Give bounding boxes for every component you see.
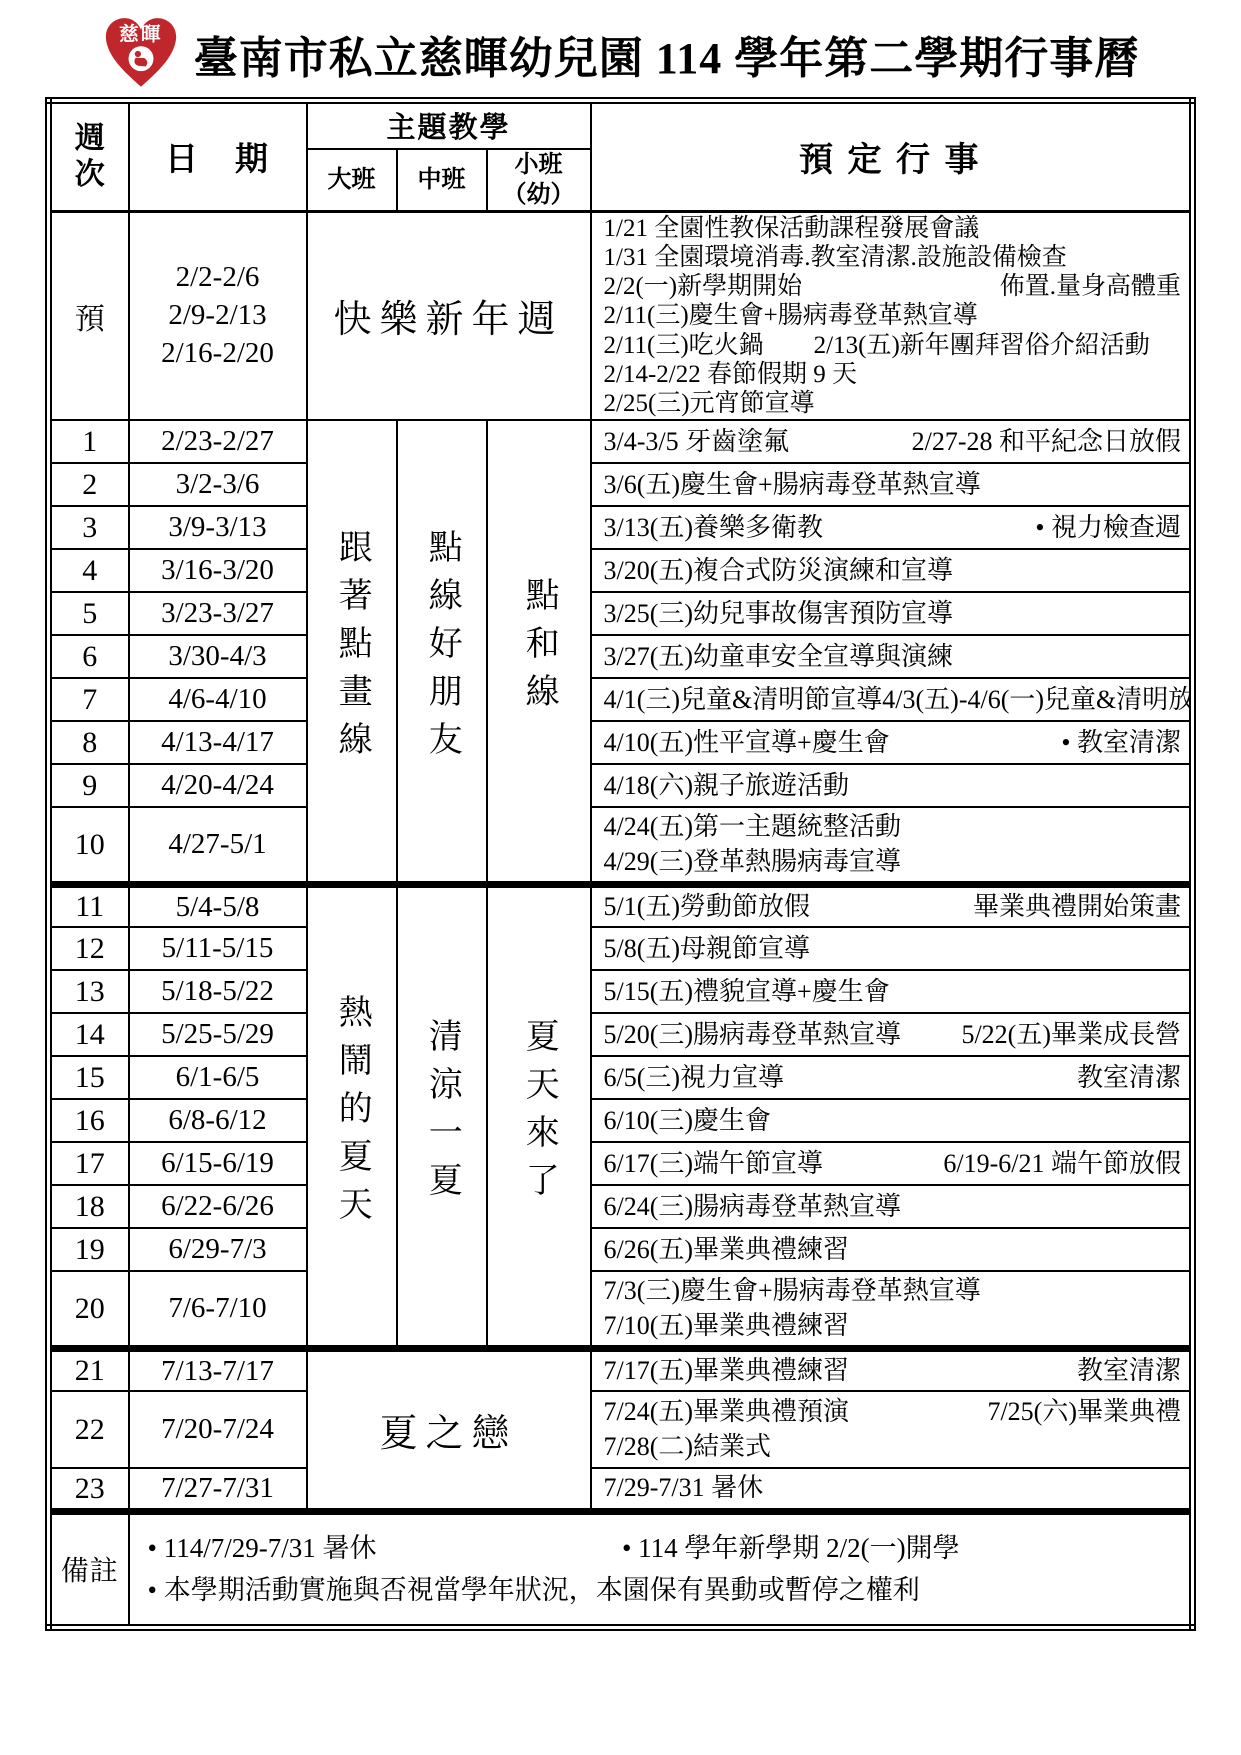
events-cell: 6/17(三)端午節宣導6/19-6/21 端午節放假 — [591, 1142, 1193, 1185]
table-row: 19 6/29-7/3 6/26(五)畢業典禮練習 — [49, 1228, 1193, 1271]
header-planned-events: 預 定 行 事 — [591, 101, 1193, 212]
event-text: 1/21 全園性教保活動課程發展會議 — [604, 214, 980, 243]
week-number: 20 — [49, 1271, 129, 1348]
week-number: 4 — [49, 549, 129, 592]
table-row: 22 7/20-7/24 7/24(五)畢業典禮預演7/25(六)畢業典禮 7/… — [49, 1391, 1193, 1468]
table-row: 13 5/18-5/22 5/15(五)禮貌宣導+慶生會 — [49, 970, 1193, 1013]
table-row: 20 7/6-7/10 7/3(三)慶生會+腸病毒登革熱宣導 7/10(五)畢業… — [49, 1271, 1193, 1348]
theme-summer-love: 夏之戀 — [307, 1348, 591, 1511]
events-cell: 3/20(五)複合式防災演練和宣導 — [591, 549, 1193, 592]
event-text: 7/28(二)結業式 — [604, 1430, 772, 1464]
events-cell: 4/1(三)兒童&清明節宣導4/3(五)-4/6(一)兒童&清明放假 — [591, 678, 1193, 721]
event-note: 畢業典禮開始策畫 — [973, 890, 1181, 924]
table-row: 5 3/23-3/27 3/25(三)幼兒事故傷害預防宣導 — [49, 592, 1193, 635]
remark-cell: • 114/7/29-7/31 暑休 • 114 學年新學期 2/2(一)開學 … — [129, 1511, 1193, 1627]
theme-mid-class: 點線好朋友 — [397, 420, 487, 884]
week-number: 7 — [49, 678, 129, 721]
event-text: 2/11(三)慶生會+腸病毒登革熱宣導 — [604, 301, 978, 330]
week-date: 6/29-7/3 — [129, 1228, 307, 1271]
table-row: 18 6/22-6/26 6/24(三)腸病毒登革熱宣導 — [49, 1185, 1193, 1228]
theme-small-class: 點和線 — [487, 420, 591, 884]
week-date: 4/27-5/1 — [129, 807, 307, 884]
event-text: 6/24(三)腸病毒登革熱宣導 — [604, 1190, 902, 1224]
header-week: 週次 — [49, 101, 129, 212]
event-text: 5/20(三)腸病毒登革熱宣導 — [604, 1018, 902, 1052]
week-date: 3/2-3/6 — [129, 463, 307, 506]
events-cell: 7/24(五)畢業典禮預演7/25(六)畢業典禮 7/28(二)結業式 — [591, 1391, 1193, 1468]
week-number: 10 — [49, 807, 129, 884]
event-text: 4/24(五)第一主題統整活動 — [604, 810, 902, 844]
table-row: 4 3/16-3/20 3/20(五)複合式防災演練和宣導 — [49, 549, 1193, 592]
header-class-big: 大班 — [307, 149, 397, 212]
header-theme-teaching: 主題教學 — [307, 101, 591, 149]
week-date: 2/2-2/6 2/9-2/13 2/16-2/20 — [129, 211, 307, 420]
events-cell: 7/3(三)慶生會+腸病毒登革熱宣導 7/10(五)畢業典禮練習 — [591, 1271, 1193, 1348]
table-row: 10 4/27-5/1 4/24(五)第一主題統整活動 4/29(三)登革熱腸病… — [49, 807, 1193, 884]
remark-row: 備註 • 114/7/29-7/31 暑休 • 114 學年新學期 2/2(一)… — [49, 1511, 1193, 1627]
week-date: 6/15-6/19 — [129, 1142, 307, 1185]
events-cell: 6/5(三)視力宣導教室清潔 — [591, 1056, 1193, 1099]
theme-new-year-week: 快樂新年週 — [307, 211, 591, 420]
table-row: 11 5/4-5/8 熱鬧的夏天 清涼一夏 夏天來了 5/1(五)勞動節放假畢業… — [49, 884, 1193, 927]
week-number: 預 — [49, 211, 129, 420]
week-date: 5/4-5/8 — [129, 884, 307, 927]
table-row: 6 3/30-4/3 3/27(五)幼童車安全宣導與演練 — [49, 635, 1193, 678]
event-note: 7/25(六)畢業典禮 — [987, 1395, 1181, 1429]
week-number: 5 — [49, 592, 129, 635]
events-cell: 5/20(三)腸病毒登革熱宣導5/22(五)畢業成長營 — [591, 1013, 1193, 1056]
week-number: 11 — [49, 884, 129, 927]
events-cell: 3/6(五)慶生會+腸病毒登革熱宣導 — [591, 463, 1193, 506]
week-number: 15 — [49, 1056, 129, 1099]
theme-big-class: 跟著點畫線 — [307, 420, 397, 884]
week-date: 7/13-7/17 — [129, 1348, 307, 1391]
week-number: 9 — [49, 764, 129, 807]
week-date: 3/16-3/20 — [129, 549, 307, 592]
remark-label: 備註 — [49, 1511, 129, 1627]
week-number: 17 — [49, 1142, 129, 1185]
event-text: 3/27(五)幼童車安全宣導與演練 — [604, 640, 954, 674]
table-row: 21 7/13-7/17 夏之戀 7/17(五)畢業典禮練習教室清潔 — [49, 1348, 1193, 1391]
events-cell: 3/27(五)幼童車安全宣導與演練 — [591, 635, 1193, 678]
event-text: 7/10(五)畢業典禮練習 — [604, 1309, 850, 1343]
event-text: 7/17(五)畢業典禮練習 — [604, 1354, 850, 1388]
events-cell: 1/21 全園性教保活動課程發展會議 1/31 全園環境消毒.教室清潔.設施設備… — [591, 211, 1193, 420]
events-cell: 6/26(五)畢業典禮練習 — [591, 1228, 1193, 1271]
week-number: 6 — [49, 635, 129, 678]
week-number: 12 — [49, 927, 129, 970]
week-date: 7/27-7/31 — [129, 1468, 307, 1511]
events-cell: 5/8(五)母親節宣導 — [591, 927, 1193, 970]
week-date: 6/22-6/26 — [129, 1185, 307, 1228]
logo-figure-head — [134, 51, 140, 57]
week-number: 2 — [49, 463, 129, 506]
event-note: 2/27-28 和平紀念日放假 — [912, 425, 1181, 459]
school-heart-logo-icon: 慈暉 — [102, 12, 180, 96]
event-text: 2/14-2/22 春節假期 9 天 — [604, 360, 857, 389]
remark-item: • 本學期活動實施與否視當學年狀況，本園保有異動或暫停之權利 — [148, 1570, 920, 1612]
week-date: 6/8-6/12 — [129, 1099, 307, 1142]
event-text: 7/29-7/31 暑休 — [604, 1471, 764, 1505]
table-row: 16 6/8-6/12 6/10(三)慶生會 — [49, 1099, 1193, 1142]
theme-small-class: 夏天來了 — [487, 884, 591, 1348]
event-text: 1/31 全園環境消毒.教室清潔.設施設備檢查 — [604, 243, 1067, 272]
event-text: 3/25(三)幼兒事故傷害預防宣導 — [604, 597, 954, 631]
event-note: 5/22(五)畢業成長營 — [961, 1018, 1181, 1052]
event-note: • 視力檢查週 — [1035, 511, 1181, 545]
date-line: 2/9-2/13 — [130, 297, 306, 335]
events-cell: 4/10(五)性平宣導+慶生會• 教室清潔 — [591, 721, 1193, 764]
week-date: 3/23-3/27 — [129, 592, 307, 635]
week-number: 19 — [49, 1228, 129, 1271]
theme-big-class: 熱鬧的夏天 — [307, 884, 397, 1348]
event-text: 2/2(一)新學期開始 — [604, 272, 803, 301]
week-number: 14 — [49, 1013, 129, 1056]
table-row: 12 5/11-5/15 5/8(五)母親節宣導 — [49, 927, 1193, 970]
week-date: 7/20-7/24 — [129, 1391, 307, 1468]
events-cell: 3/25(三)幼兒事故傷害預防宣導 — [591, 592, 1193, 635]
week-number: 21 — [49, 1348, 129, 1391]
event-text: 2/11(三)吃火鍋 2/13(五)新年團拜習俗介紹活動 — [604, 331, 1150, 360]
page-title: 臺南市私立慈暉幼兒園 114 學年第二學期行事曆 — [194, 22, 1140, 86]
date-line: 2/16-2/20 — [130, 335, 306, 373]
events-cell: 4/18(六)親子旅遊活動 — [591, 764, 1193, 807]
header-row-1: 週次 日 期 主題教學 預 定 行 事 — [49, 101, 1193, 149]
table-row: 3 3/9-3/13 3/13(五)養樂多衛教• 視力檢查週 — [49, 506, 1193, 549]
table-row: 8 4/13-4/17 4/10(五)性平宣導+慶生會• 教室清潔 — [49, 721, 1193, 764]
event-note: 4/3(五)-4/6(一)兒童&清明放假 — [882, 683, 1192, 717]
event-text: 4/10(五)性平宣導+慶生會 — [604, 726, 890, 760]
event-text: 3/6(五)慶生會+腸病毒登革熱宣導 — [604, 468, 981, 502]
event-text: 2/25(三)元宵節宣導 — [604, 389, 815, 418]
events-cell: 4/24(五)第一主題統整活動 4/29(三)登革熱腸病毒宣導 — [591, 807, 1193, 884]
header-date: 日 期 — [129, 101, 307, 212]
event-text: 3/13(五)養樂多衛教 — [604, 511, 824, 545]
event-text: 5/15(五)禮貌宣導+慶生會 — [604, 975, 890, 1009]
event-text: 5/8(五)母親節宣導 — [604, 932, 811, 966]
event-text: 6/26(五)畢業典禮練習 — [604, 1233, 850, 1267]
week-number: 3 — [49, 506, 129, 549]
events-cell: 7/29-7/31 暑休 — [591, 1468, 1193, 1511]
week-number: 18 — [49, 1185, 129, 1228]
week-date: 5/18-5/22 — [129, 970, 307, 1013]
week-date: 3/30-4/3 — [129, 635, 307, 678]
table-row-pre: 預 2/2-2/6 2/9-2/13 2/16-2/20 快樂新年週 1/21 … — [49, 211, 1193, 420]
theme-mid-class: 清涼一夏 — [397, 884, 487, 1348]
events-cell: 3/13(五)養樂多衛教• 視力檢查週 — [591, 506, 1193, 549]
event-text: 6/5(三)視力宣導 — [604, 1061, 785, 1095]
event-note: • 教室清潔 — [1061, 726, 1181, 760]
event-text: 6/10(三)慶生會 — [604, 1104, 772, 1138]
calendar-table: 週次 日 期 主題教學 預 定 行 事 大班 中班 小班 （幼） 預 2/2-2… — [45, 97, 1196, 1631]
events-cell: 6/10(三)慶生會 — [591, 1099, 1193, 1142]
calendar-page: 慈暉 臺南市私立慈暉幼兒園 114 學年第二學期行事曆 週次 日 期 主題教學 … — [0, 0, 1241, 1755]
event-note: 教室清潔 — [1077, 1354, 1181, 1388]
table-row: 2 3/2-3/6 3/6(五)慶生會+腸病毒登革熱宣導 — [49, 463, 1193, 506]
event-text: 4/18(六)親子旅遊活動 — [604, 769, 850, 803]
logo-text: 慈暉 — [119, 23, 163, 46]
table-row: 14 5/25-5/29 5/20(三)腸病毒登革熱宣導5/22(五)畢業成長營 — [49, 1013, 1193, 1056]
table-row: 15 6/1-6/5 6/5(三)視力宣導教室清潔 — [49, 1056, 1193, 1099]
week-date: 4/13-4/17 — [129, 721, 307, 764]
event-text: 7/3(三)慶生會+腸病毒登革熱宣導 — [604, 1274, 981, 1308]
event-text: 6/17(三)端午節宣導 — [604, 1147, 824, 1181]
header-class-small: 小班 （幼） — [487, 149, 591, 212]
week-date: 4/6-4/10 — [129, 678, 307, 721]
event-text: 4/1(三)兒童&清明節宣導 — [604, 683, 883, 717]
week-date: 2/23-2/27 — [129, 420, 307, 463]
header-class-small-line1: 小班 — [488, 150, 590, 180]
table-row: 1 2/23-2/27 跟著點畫線 點線好朋友 點和線 3/4-3/5 牙齒塗氟… — [49, 420, 1193, 463]
events-cell: 7/17(五)畢業典禮練習教室清潔 — [591, 1348, 1193, 1391]
remark-item: • 114/7/29-7/31 暑休 — [148, 1528, 622, 1570]
week-number: 8 — [49, 721, 129, 764]
week-number: 16 — [49, 1099, 129, 1142]
events-cell: 6/24(三)腸病毒登革熱宣導 — [591, 1185, 1193, 1228]
event-text: 5/1(五)勞動節放假 — [604, 890, 811, 924]
table-row: 7 4/6-4/10 4/1(三)兒童&清明節宣導4/3(五)-4/6(一)兒童… — [49, 678, 1193, 721]
event-note: 6/19-6/21 端午節放假 — [943, 1147, 1181, 1181]
table-row: 23 7/27-7/31 7/29-7/31 暑休 — [49, 1468, 1193, 1511]
week-number: 1 — [49, 420, 129, 463]
events-cell: 5/1(五)勞動節放假畢業典禮開始策畫 — [591, 884, 1193, 927]
event-note: 佈置.量身高體重 — [1000, 272, 1181, 301]
table-row: 9 4/20-4/24 4/18(六)親子旅遊活動 — [49, 764, 1193, 807]
title-bar: 慈暉 臺南市私立慈暉幼兒園 114 學年第二學期行事曆 — [45, 12, 1196, 96]
week-date: 7/6-7/10 — [129, 1271, 307, 1348]
date-line: 2/2-2/6 — [130, 259, 306, 297]
week-number: 13 — [49, 970, 129, 1013]
week-number: 22 — [49, 1391, 129, 1468]
event-text: 7/24(五)畢業典禮預演 — [604, 1395, 850, 1429]
event-note: 教室清潔 — [1077, 1061, 1181, 1095]
events-cell: 5/15(五)禮貌宣導+慶生會 — [591, 970, 1193, 1013]
week-date: 5/25-5/29 — [129, 1013, 307, 1056]
week-date: 6/1-6/5 — [129, 1056, 307, 1099]
event-text: 3/4-3/5 牙齒塗氟 — [604, 425, 790, 459]
event-text: 3/20(五)複合式防災演練和宣導 — [604, 554, 954, 588]
week-date: 3/9-3/13 — [129, 506, 307, 549]
week-date: 4/20-4/24 — [129, 764, 307, 807]
table-row: 17 6/15-6/19 6/17(三)端午節宣導6/19-6/21 端午節放假 — [49, 1142, 1193, 1185]
event-text: 4/29(三)登革熱腸病毒宣導 — [604, 845, 902, 879]
header-class-small-line2: （幼） — [488, 180, 590, 210]
week-date: 5/11-5/15 — [129, 927, 307, 970]
remark-item: • 114 學年新學期 2/2(一)開學 — [622, 1528, 960, 1570]
header-class-mid: 中班 — [397, 149, 487, 212]
events-cell: 3/4-3/5 牙齒塗氟2/27-28 和平紀念日放假 — [591, 420, 1193, 463]
week-number: 23 — [49, 1468, 129, 1511]
